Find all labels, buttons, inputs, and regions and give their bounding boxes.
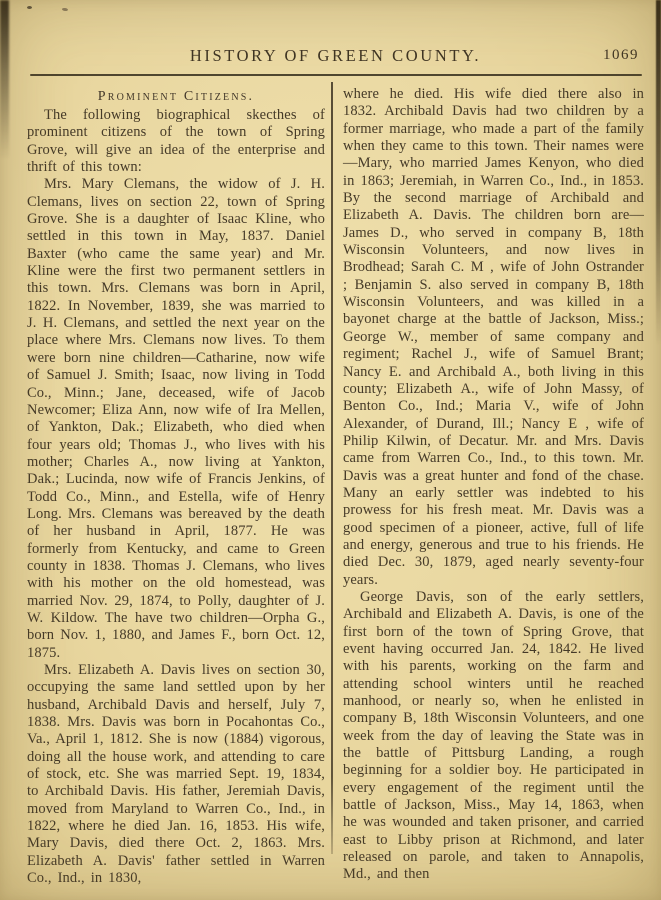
paragraph-mary-clemans: Mrs. Mary Clemans, the widow of J. H. Cl… xyxy=(27,176,325,662)
page-number: 1069 xyxy=(603,47,639,64)
paragraph-george-davis: George Davis, son of the early settlers,… xyxy=(343,589,644,884)
paragraph-elizabeth-davis-continued: where he died. His wife died there also … xyxy=(343,86,644,589)
ink-speck xyxy=(62,8,68,12)
left-column: Prominent Citizens. The following biogra… xyxy=(27,88,325,887)
paragraph-elizabeth-davis: Mrs. Elizabeth A. Davis lives on section… xyxy=(27,662,325,887)
paragraph-intro: The following biographical skecthes of p… xyxy=(27,107,325,176)
page-edge-shadow-right xyxy=(656,0,661,345)
ink-speck xyxy=(27,6,32,9)
page-header: HISTORY OF GREEN COUNTY. 1069 xyxy=(30,46,641,66)
header-rule xyxy=(30,74,642,76)
book-page: HISTORY OF GREEN COUNTY. 1069 Prominent … xyxy=(0,0,661,900)
right-column: where he died. His wife died there also … xyxy=(343,86,644,884)
column-divider xyxy=(331,82,333,854)
binding-shadow-left xyxy=(0,0,9,160)
page-title: HISTORY OF GREEN COUNTY. xyxy=(190,46,481,65)
section-heading: Prominent Citizens. xyxy=(27,88,325,105)
